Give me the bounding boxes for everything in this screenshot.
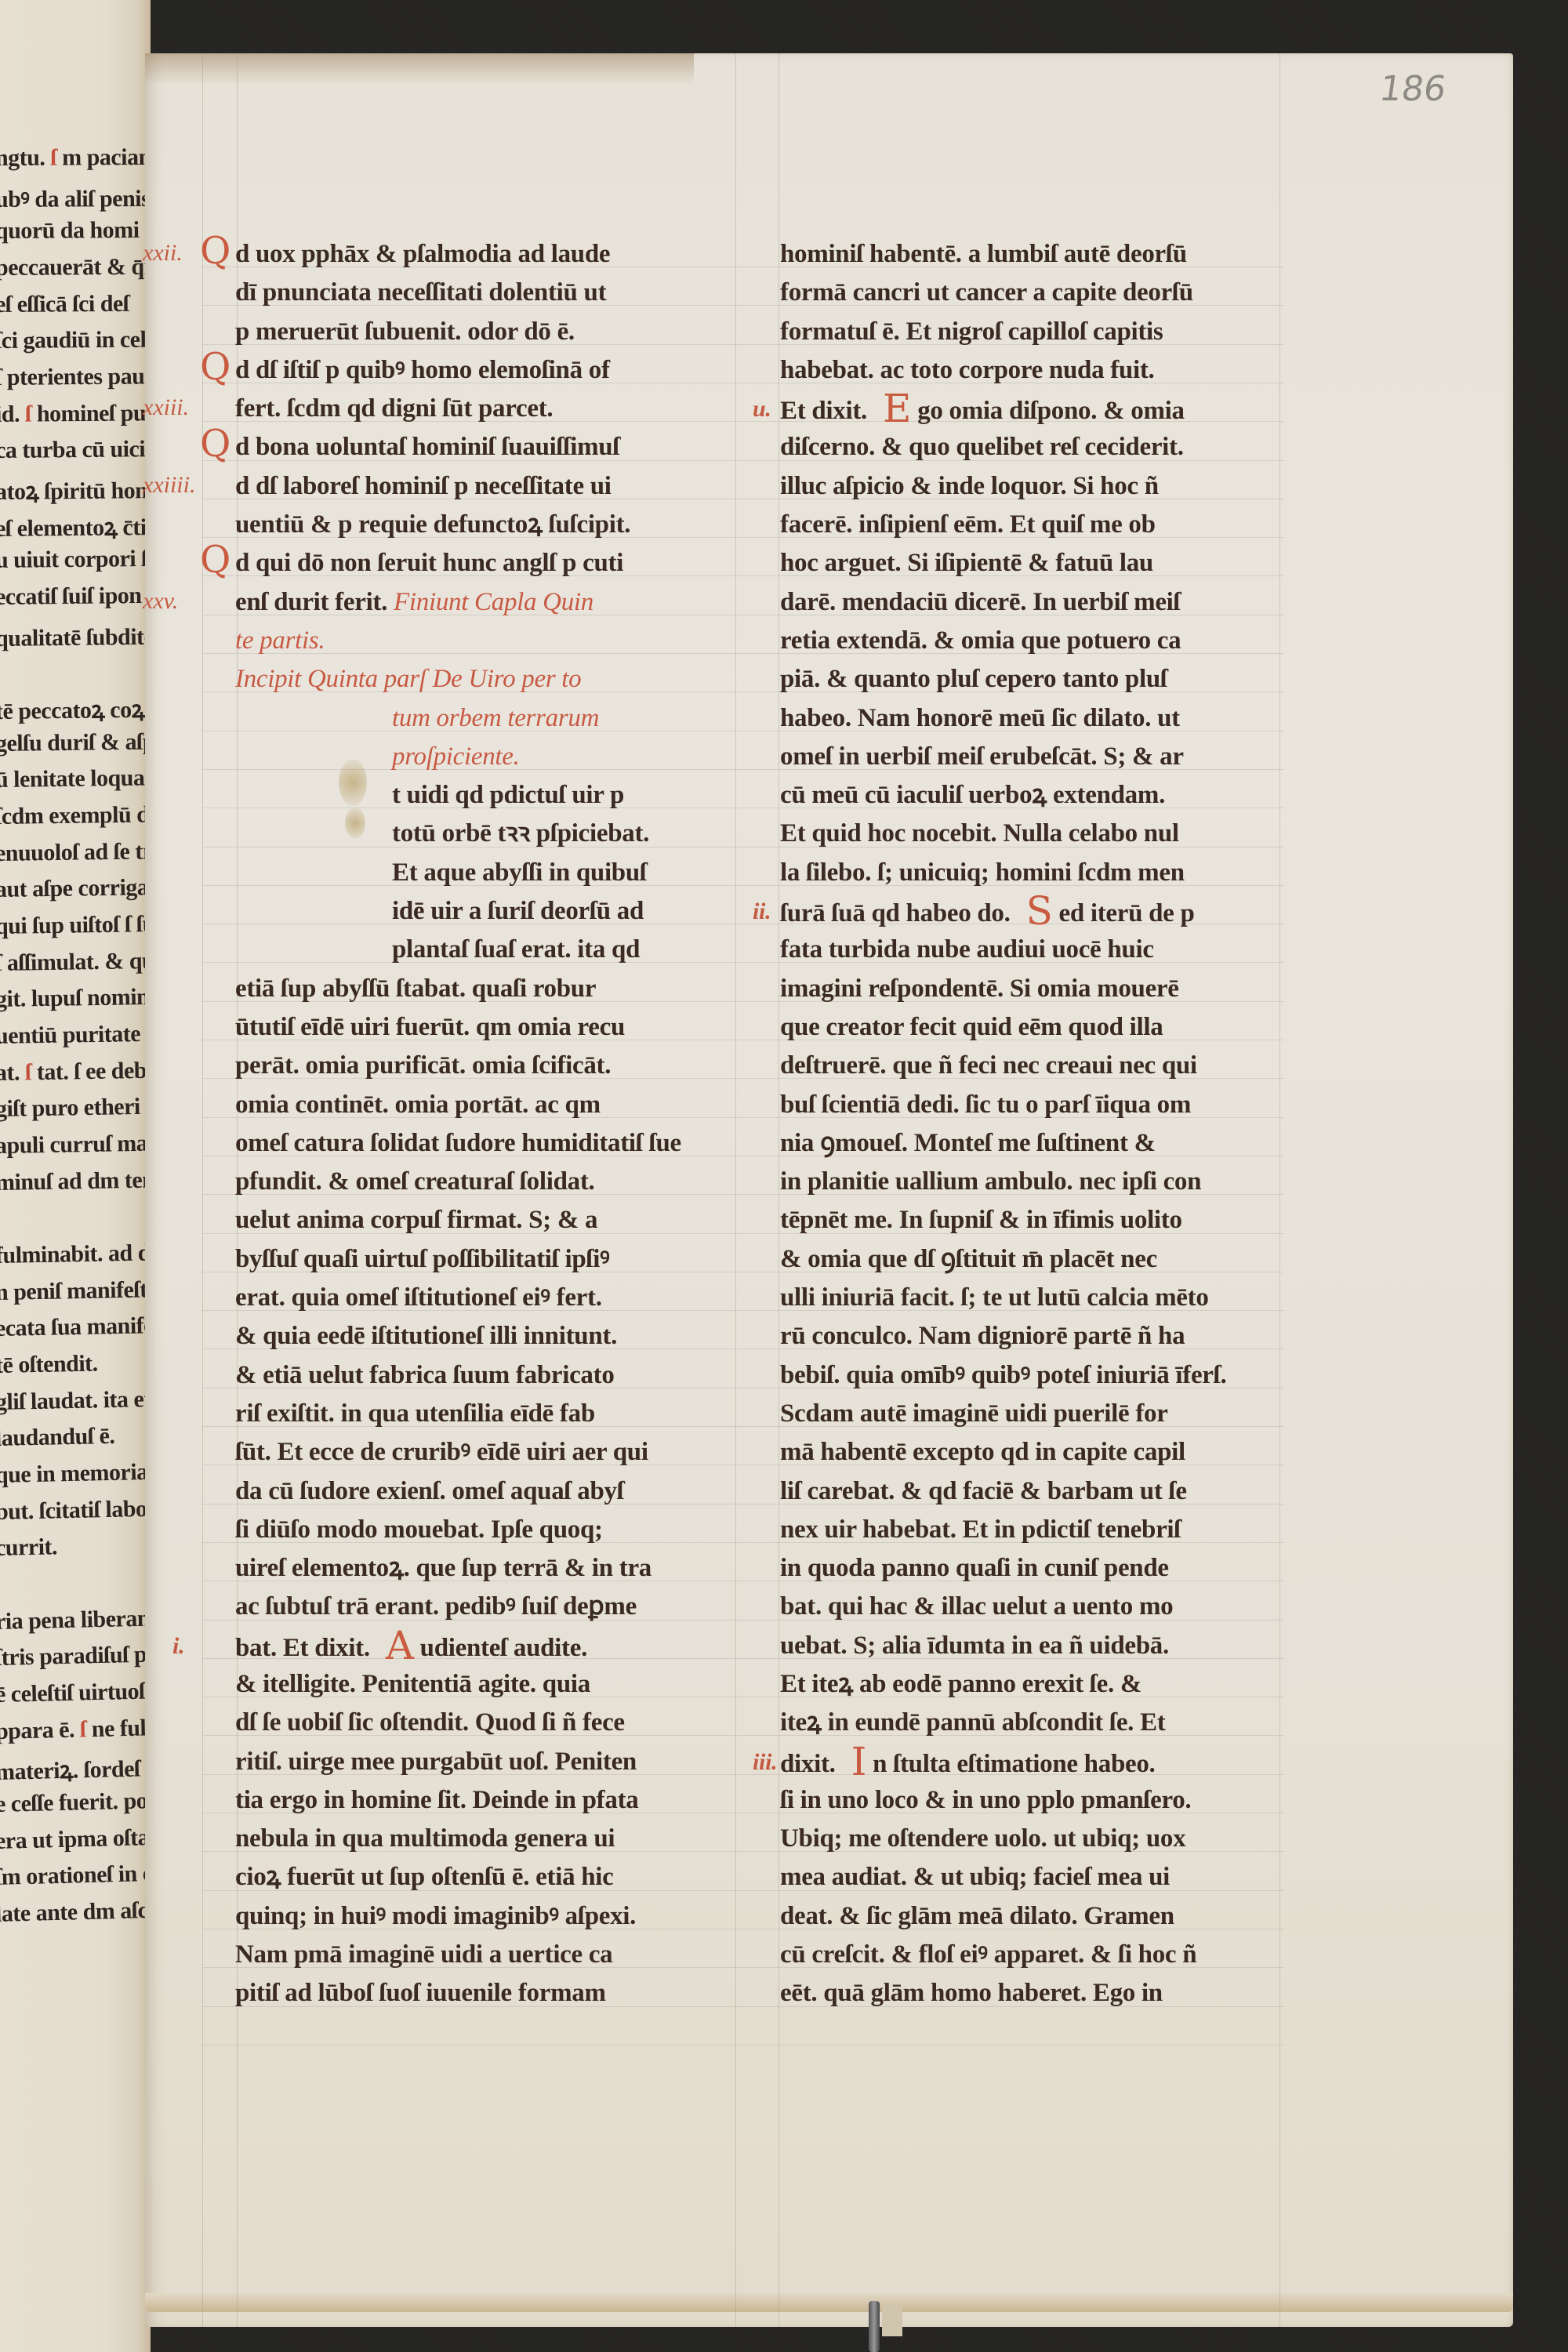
chapter-numeral: xxiiii. bbox=[143, 472, 195, 499]
rubric-initial: ſ bbox=[50, 145, 56, 171]
facing-line-text: materiꝝ. ſordeſ in bbox=[0, 1755, 151, 1785]
text-line: quinq; in huiꝰ modi imaginibꝰ aſpexi. bbox=[235, 1897, 737, 1936]
line-text: in planitie uallium ambulo. nec ipſi con bbox=[780, 1167, 1201, 1196]
line-text: bebiſ. quia omībꝰ quibꝰ poteſ iniuriā īf… bbox=[780, 1361, 1226, 1389]
facing-page-line: u uiuit corpori ſuo bbox=[0, 546, 151, 574]
line-text: Et quid hoc nocebit. Nulla celabo nul bbox=[780, 819, 1179, 848]
line-text: d dſ iſtiſ p quibꝰ homo elemoſinā of bbox=[235, 356, 610, 384]
bookmark-tab bbox=[882, 2305, 902, 2336]
text-line: omeſ in uerbiſ meiſ erubeſcāt. S; & ar bbox=[780, 738, 1282, 776]
facing-line-text: currit. bbox=[0, 1534, 57, 1561]
text-line: & etiā uelut fabrica ſuum fabricato bbox=[235, 1356, 737, 1395]
line-text: deſtruerē. que ñ feci nec creaui nec qui bbox=[780, 1051, 1197, 1080]
facing-page-line: quorū da homi bbox=[0, 217, 140, 245]
facing-line-text: laudanduſ ē. bbox=[0, 1423, 115, 1451]
line-text: formā cancri ut cancer a capite deorſū bbox=[780, 278, 1193, 307]
line-text: diſcerno. & quo quelibet reſ ceciderit. bbox=[780, 433, 1184, 461]
line-text: udienteſ audite. bbox=[420, 1634, 587, 1662]
text-line: Incipit Quinta parſ De Uiro per to bbox=[235, 660, 737, 699]
line-text: uireſ elementoꝝ. que ſup terrā & in tra bbox=[235, 1554, 652, 1582]
line-text: darē. mendaciū dicerē. In uerbiſ meiſ bbox=[780, 588, 1180, 616]
facing-line-text: ca turba cū uiciſ bbox=[0, 436, 151, 463]
line-text: mā habentē excepto qd in capite capil bbox=[780, 1438, 1185, 1466]
text-line: p meruerūt ſubuenit. odor dō ē. bbox=[235, 313, 737, 351]
line-text: cū meū cū iaculiſ uerboꝝ extendam. bbox=[780, 781, 1165, 809]
text-line: Et quid hoc nocebit. Nulla celabo nul bbox=[780, 815, 1282, 853]
chapter-numeral: xxv. bbox=[143, 588, 178, 615]
line-text: la ſilebo. ſ; unicuiq; homini ſcdm men bbox=[780, 858, 1185, 887]
text-line: ſi diūſo modo mouebat. Ipſe quoq; bbox=[235, 1511, 737, 1549]
facing-line-text: minuſ ad dm tendi bbox=[0, 1167, 151, 1196]
line-text: ūtutiſ eīdē uiri fuerūt. qm omia recu bbox=[235, 1013, 625, 1041]
text-line: te partis. bbox=[235, 622, 737, 660]
text-line: liſ carebat. & qd faciē & barbam ut ſe bbox=[780, 1472, 1282, 1511]
chapter-numeral: xxiii. bbox=[143, 394, 189, 421]
text-line: nex uir habebat. Et in pdictiſ tenebriſ bbox=[780, 1511, 1282, 1549]
facing-line-text: enuuoloſ ad ſe trab bbox=[0, 838, 151, 866]
facing-line-text: git. lupuſ nominat bbox=[0, 984, 151, 1012]
facing-page-line: eſ elementoꝝ c̄tinet. bbox=[0, 510, 151, 543]
text-line: habeo. Nam honorē meū ſic dilato. ut bbox=[780, 699, 1282, 738]
line-text: totū orbē tꝛꝛ pſpiciebat. bbox=[392, 819, 649, 848]
line-text: que creator fecit quid eēm quod illa bbox=[780, 1013, 1163, 1041]
line-text: perāt. omia purificāt. omia ſcificāt. bbox=[235, 1051, 611, 1080]
text-line: uentiū & p requie defunctoꝝ ſuſcipit. bbox=[235, 506, 737, 544]
text-line: pfundit. & omeſ creaturaſ ſolidat. bbox=[235, 1163, 737, 1201]
text-line: ritiſ. uirge mee purgabūt uoſ. Penitenii… bbox=[235, 1743, 737, 1781]
rubric-text: tum orbem terrarum bbox=[392, 704, 599, 732]
facing-line-text: peccauerāt & q̄re bbox=[0, 254, 151, 281]
facing-line-text: eſ eſſicā ſci deſ bbox=[0, 291, 129, 318]
facing-line-text: tat. ſ ee debent bbox=[37, 1057, 151, 1085]
book-clasp bbox=[869, 2301, 880, 2352]
facing-page-line: ſ pterientes pauc. bbox=[0, 363, 151, 391]
line-text: dſ ſe uobiſ ſic oſtendit. Quod ſi ñ fece bbox=[235, 1708, 625, 1737]
facing-line-text: ubꝰ da aliſ penis bbox=[0, 186, 150, 212]
facing-line-text: ſ aſſimulat. & qui bbox=[0, 948, 151, 976]
text-line: Qd dſ iſtiſ p quibꝰ homo elemoſinā of bbox=[235, 351, 737, 390]
red-initial-letter: Q bbox=[200, 425, 230, 463]
facing-page-line: aut aſpe corrigat. bbox=[0, 874, 151, 903]
text-line: Qd qui dō non ſeruit hunc anglſ p cuti bbox=[235, 544, 737, 583]
line-text: bat. Et dixit. bbox=[235, 1634, 370, 1662]
facing-page-line: que in memoria be bbox=[0, 1458, 151, 1489]
line-text: & omia que dſ ꝯſtituit m̄ placēt nec bbox=[780, 1245, 1157, 1273]
facing-page-line: minuſ ad dm tendi bbox=[0, 1167, 151, 1196]
text-line: omia continēt. omia portāt. ac qm bbox=[235, 1086, 737, 1124]
facing-line-text: tē oſtendit. bbox=[0, 1350, 98, 1378]
facing-line-text: gliſ laudat. ita etiā bbox=[0, 1386, 151, 1415]
facing-line-text: e ceſſe fuerit. poſtea bbox=[0, 1787, 151, 1817]
line-text: d uox pphāx & pſalmodia ad laude bbox=[235, 240, 610, 268]
facing-page-line: eccatiſ ſuiſ ipon bbox=[0, 583, 142, 611]
line-text: deat. & ſic glām meā dilato. Gramen bbox=[780, 1902, 1174, 1930]
line-text: buſ ſcientiā dedi. ſic tu o parſ īiqua o… bbox=[780, 1091, 1191, 1119]
facing-line-text: late ante dm aſcendi bbox=[0, 1896, 151, 1927]
red-initial-letter: A bbox=[386, 1627, 414, 1665]
text-line: piā. & quanto pluſ cepero tanto pluſ bbox=[780, 660, 1282, 699]
text-line: in planitie uallium ambulo. nec ipſi con bbox=[780, 1163, 1282, 1201]
line-text: bat. qui hac & illac uelut a uento mo bbox=[780, 1592, 1173, 1621]
text-line: formatuſ ē. Et nigroſ capilloſ capitis bbox=[780, 313, 1282, 351]
rubric-initial: ſ bbox=[25, 1059, 31, 1085]
line-text: ac ſubtuſ trā erant. pedibꝰ ſuiſ deꝑme bbox=[235, 1592, 637, 1621]
facing-page-line: currit. bbox=[0, 1534, 57, 1562]
facing-line-text: but. ſcitatiſ laboreſ bbox=[0, 1495, 151, 1525]
text-line: cū meū cū iaculiſ uerboꝝ extendam. bbox=[780, 776, 1282, 815]
facing-page-line: ecata ſua manifeſta bbox=[0, 1312, 151, 1342]
text-line: tēpnēt me. In ſupniſ & in īfimis uolito bbox=[780, 1201, 1282, 1240]
line-text: Et aque abyſſi in quibuſ bbox=[392, 858, 647, 887]
facing-page-line: giſt puro etheri aſſ bbox=[0, 1093, 151, 1123]
line-text: pfundit. & omeſ creaturaſ ſolidat. bbox=[235, 1167, 595, 1196]
text-line: & quia eedē iſtitutioneſ illi innitunt. bbox=[235, 1317, 737, 1356]
line-text: Nam pmā imaginē uidi a uertice ca bbox=[235, 1940, 612, 1969]
line-text: Ubiq; me oſtendere uolo. ut ubiq; uox bbox=[780, 1824, 1185, 1853]
text-line: tum orbem terrarum bbox=[235, 699, 737, 738]
facing-page-line: peccauerāt & q̄re bbox=[0, 254, 151, 281]
rubric-initial: ſ bbox=[25, 401, 31, 427]
facing-line-text: qui ſup uiſtoſ ſ ſubdi bbox=[0, 911, 151, 939]
line-text: riſ exiſtit. in qua utenſilia eīdē fab bbox=[235, 1399, 595, 1428]
text-line: t uidi qd pdictuſ uir p bbox=[235, 776, 737, 815]
facing-line-text: era ut ipma oſtatu bbox=[0, 1824, 151, 1854]
text-line: riſ exiſtit. in qua utenſilia eīdē fab bbox=[235, 1395, 737, 1433]
facing-line-text: homineſ pugnet bbox=[37, 400, 151, 427]
facing-line-text: ſ pterientes pauc. bbox=[0, 363, 151, 390]
facing-page-line: but. ſcitatiſ laboreſ bbox=[0, 1495, 151, 1526]
line-text: nia ꝯmoueſ. Monteſ me ſuſtinent & bbox=[780, 1129, 1156, 1157]
text-line: uebat. S; alia īdumta in ea ñ uidebā. bbox=[780, 1627, 1282, 1665]
text-line: uelut anima corpuſ firmat. S; & a bbox=[235, 1201, 737, 1240]
facing-page-line: materiꝝ. ſordeſ in bbox=[0, 1751, 151, 1787]
facing-line-text: u uiuit corpori ſuo bbox=[0, 546, 151, 573]
facing-page-line: git. lupuſ nominat bbox=[0, 984, 151, 1013]
facing-line-text: tē peccatoꝝ coꝝ bbox=[0, 697, 145, 724]
line-text: eēt. quā glām homo haberet. Ego in bbox=[780, 1979, 1163, 2007]
text-line: & omia que dſ ꝯſtituit m̄ placēt nec bbox=[780, 1240, 1282, 1279]
line-text: ed iterū de p bbox=[1059, 899, 1195, 927]
rubric-text: Finiunt Capla Quin bbox=[394, 588, 593, 616]
text-line: perāt. omia purificāt. omia ſcificāt. bbox=[235, 1047, 737, 1085]
red-initial-letter: Q bbox=[200, 541, 230, 579]
line-text: Et iteꝝ ab eodē panno erexit ſe. & bbox=[780, 1670, 1142, 1698]
chapter-numeral: xxii. bbox=[143, 240, 183, 267]
line-text: d dſ laboreſ hominiſ p neceſſitate ui bbox=[235, 472, 612, 500]
text-line: nia ꝯmoueſ. Monteſ me ſuſtinent & bbox=[780, 1124, 1282, 1163]
text-line: deſtruerē. que ñ feci nec creaui nec qui bbox=[780, 1047, 1282, 1085]
text-line: Et iteꝝ ab eodē panno erexit ſe. & bbox=[780, 1665, 1282, 1704]
line-text: dī pnunciata neceſſitati dolentiū ut bbox=[235, 278, 606, 307]
line-text: nebula in qua multimoda genera ui bbox=[235, 1824, 615, 1853]
facing-line-text: ppara ē. bbox=[0, 1717, 74, 1744]
facing-page-line: ſ aſſimulat. & qui bbox=[0, 948, 151, 977]
line-text: habebat. ac toto corpore nuda fuit. bbox=[780, 356, 1154, 384]
text-line: buſ ſcientiā dedi. ſic tu o parſ īiqua o… bbox=[780, 1086, 1282, 1124]
line-text: tēpnēt me. In ſupniſ & in īfimis uolito bbox=[780, 1206, 1182, 1234]
facing-line-text: n peniſ manifeſtab bbox=[0, 1276, 151, 1305]
facing-page-line: e ceſſe fuerit. poſtea bbox=[0, 1787, 151, 1818]
facing-page-line: atoꝝ ſpiritū homi bbox=[0, 473, 151, 506]
facing-line-text: gelſu duriſ & aſpiſ bbox=[0, 728, 151, 757]
text-line: eēt. quā glām homo haberet. Ego in bbox=[780, 1974, 1282, 2013]
red-initial-letter: S bbox=[1026, 892, 1053, 931]
text-line: byſſuſ quaſi uirtuſ poſſibilitatiſ ipſiꝰ bbox=[235, 1240, 737, 1279]
line-text: hoc arguet. Si iſipientē & fatuū lau bbox=[780, 549, 1153, 577]
line-text: d qui dō non ſeruit hunc anglſ p cuti bbox=[235, 549, 623, 577]
facing-page-line: ſm orationeſ in corde bbox=[0, 1860, 151, 1891]
line-text: nex uir habebat. Et in pdictiſ tenebriſ bbox=[780, 1515, 1181, 1544]
text-line: retia extendā. & omia que potuero ca bbox=[780, 622, 1282, 660]
text-line: omeſ catura ſolidat ſudore humiditatiſ ſ… bbox=[235, 1124, 737, 1163]
rubric-text: Incipit Quinta parſ De Uiro per to bbox=[235, 665, 581, 693]
line-text: fert. ſcdm qd digni ſūt parcet. bbox=[235, 394, 553, 423]
facing-line-text: ria pena liberandiſ bbox=[0, 1605, 151, 1635]
line-text: facerē. inſipienſ eēm. Et quiſ me ob bbox=[780, 510, 1156, 539]
facing-page-line: id. ſ homineſ pugnet bbox=[0, 400, 151, 428]
margin-note: iii. bbox=[753, 1743, 777, 1781]
facing-page-line: uentiū puritate diſſ bbox=[0, 1020, 151, 1050]
facing-line-text: atoꝝ ſpiritū homi bbox=[0, 477, 151, 505]
line-text: p meruerūt ſubuenit. odor dō ē. bbox=[235, 318, 575, 346]
facing-line-text: ecata ſua manifeſta bbox=[0, 1312, 151, 1341]
facing-page-line: fulminabit. ad diab bbox=[0, 1240, 151, 1269]
line-text: uelut anima corpuſ firmat. S; & a bbox=[235, 1206, 597, 1234]
facing-page-line: apuli curruſ magiſ bbox=[0, 1130, 151, 1160]
text-line: Nam pmā imaginē uidi a uertice ca bbox=[235, 1936, 737, 1974]
facing-page-line: n peniſ manifeſtab bbox=[0, 1276, 151, 1306]
line-text: rū conculco. Nam digniorē partē ñ ha bbox=[780, 1322, 1185, 1350]
line-text: in quoda panno quaſi in cuniſ pende bbox=[780, 1554, 1169, 1582]
text-line: que creator fecit quid eēm quod illa bbox=[780, 1008, 1282, 1047]
text-line: cū creſcit. & floſ eiꝰ apparet. & ſi hoc… bbox=[780, 1936, 1282, 1974]
facing-line-text: ē celeſtiſ uirtuoſiſ bbox=[0, 1678, 151, 1708]
text-line: plantaſ ſuaſ erat. ita qd bbox=[235, 931, 737, 969]
text-line: la ſilebo. ſ; unicuiq; homini ſcdm men bbox=[780, 854, 1282, 892]
facing-line-text: qualitatē ſubditoꝝ bbox=[0, 624, 151, 652]
text-line: deat. & ſic glām meā dilato. Gramen bbox=[780, 1897, 1282, 1936]
line-text: ſi diūſo modo mouebat. Ipſe quoq; bbox=[235, 1515, 603, 1544]
text-line: ſūt. Et ecce de cruribꝰ eīdē uiri aer qu… bbox=[235, 1433, 737, 1472]
facing-line-text: que in memoria be bbox=[0, 1458, 151, 1488]
facing-page-line: at. ſ tat. ſ ee debent bbox=[0, 1057, 151, 1087]
text-line: Et dixit.Ego omia diſpono. & omia bbox=[780, 390, 1282, 428]
line-text: ulli iniuriā facit. ſ; te ut lutū calcia… bbox=[780, 1283, 1209, 1312]
line-text: mea audiat. & ut ubiq; facieſ mea ui bbox=[780, 1863, 1170, 1891]
facing-line-text: eſ elementoꝝ c̄tinet. bbox=[0, 514, 151, 542]
line-text: etiā ſup abyſſū ſtabat. quaſi robur bbox=[235, 975, 596, 1003]
text-column-right: hominiſ habentē. a lumbiſ autē deorſūfor… bbox=[780, 235, 1282, 2013]
line-text: illuc aſpicio & inde loquor. Si hoc ñ bbox=[780, 472, 1159, 500]
facing-line-text: aut aſpe corrigat. bbox=[0, 874, 151, 902]
text-line: hominiſ habentē. a lumbiſ autē deorſū bbox=[780, 235, 1282, 274]
text-line: in quoda panno quaſi in cuniſ pende bbox=[780, 1549, 1282, 1588]
facing-page-line: ſtris paradiſuſ purg bbox=[0, 1641, 151, 1671]
line-text: ſūt. Et ecce de cruribꝰ eīdē uiri aer qu… bbox=[235, 1438, 648, 1466]
red-initial-letter: Q bbox=[200, 232, 230, 270]
line-text: n ſtulta eſtimatione habeo. bbox=[873, 1750, 1155, 1778]
facing-page-line: eſ eſſicā ſci deſ bbox=[0, 291, 129, 318]
text-line: Scdam autē imaginē uidi puerilē for bbox=[780, 1395, 1282, 1433]
text-line: da cū ſudore exienſ. omeſ aquaſ abyſ bbox=[235, 1472, 737, 1511]
facing-line-text: ū lenitate loquat. bbox=[0, 764, 151, 793]
line-text: quinq; in huiꝰ modi imaginibꝰ aſpexi. bbox=[235, 1902, 636, 1930]
line-text: enſ durit ferit. bbox=[235, 588, 387, 616]
line-text: ritiſ. uirge mee purgabūt uoſ. Peniten bbox=[235, 1748, 637, 1776]
edge-stain bbox=[145, 53, 694, 85]
text-column-left: Qd uox pphāx & pſalmodia ad laudedī pnun… bbox=[235, 235, 737, 2013]
facing-page-line: ſci gaudiū in cele bbox=[0, 326, 151, 354]
facing-page-line: enuuoloſ ad ſe trab bbox=[0, 838, 151, 867]
text-line: fata turbida nube audiui uocē huic bbox=[780, 931, 1282, 969]
text-line: ac ſubtuſ trā erant. pedibꝰ ſuiſ deꝑme bbox=[235, 1588, 737, 1626]
rubric-text: proſpiciente. bbox=[392, 742, 520, 771]
line-text: & etiā uelut fabrica ſuum fabricato bbox=[235, 1361, 615, 1389]
line-text: ſurā ſuā qd habeo do. bbox=[780, 899, 1011, 927]
red-initial-letter: Q bbox=[200, 348, 230, 387]
text-line: habebat. ac toto corpore nuda fuit. bbox=[780, 351, 1282, 390]
text-line: Qd bona uoluntaſ hominiſ ſuauiſſimuſ bbox=[235, 428, 737, 466]
line-text: byſſuſ quaſi uirtuſ poſſibilitatiſ ipſiꝰ bbox=[235, 1245, 609, 1273]
folio-number: 186 bbox=[1377, 69, 1448, 109]
text-line: ūtutiſ eīdē uiri fuerūt. qm omia recu bbox=[235, 1008, 737, 1047]
line-text: d bona uoluntaſ hominiſ ſuauiſſimuſ bbox=[235, 433, 619, 461]
line-text: piā. & quanto pluſ cepero tanto pluſ bbox=[780, 665, 1167, 693]
facing-page-line: ubꝰ da aliſ penis bbox=[0, 181, 150, 214]
leaf-bottom-edge bbox=[145, 2293, 1513, 2312]
facing-page-line: era ut ipma oſtatu bbox=[0, 1824, 151, 1855]
line-text: & itelligite. Penitentiā agite. quia bbox=[235, 1670, 590, 1698]
line-text: retia extendā. & omia que potuero ca bbox=[780, 626, 1181, 655]
line-text: liſ carebat. & qd faciē & barbam ut ſe bbox=[780, 1477, 1187, 1505]
margin-note: i. bbox=[172, 1627, 184, 1665]
text-line: illuc aſpicio & inde loquor. Si hoc ñ bbox=[780, 467, 1282, 506]
line-text: tia ergo in homine ſit. Deinde in pfata bbox=[235, 1786, 638, 1814]
facing-line-text: eccatiſ ſuiſ ipon bbox=[0, 583, 142, 610]
line-text: plantaſ ſuaſ erat. ita qd bbox=[392, 935, 640, 964]
line-text: cū creſcit. & floſ eiꝰ apparet. & ſi hoc… bbox=[780, 1940, 1196, 1969]
line-text: idē uir a ſuriſ deorſū ad bbox=[392, 897, 644, 925]
margin-note: u. bbox=[753, 390, 771, 428]
line-text: Scdam autē imaginē uidi puerilē for bbox=[780, 1399, 1168, 1428]
line-text: omia continēt. omia portāt. ac qm bbox=[235, 1091, 601, 1119]
text-line: dixit.In ſtulta eſtimatione habeo. bbox=[780, 1743, 1282, 1781]
facing-page-line: late ante dm aſcendi bbox=[0, 1896, 151, 1928]
facing-line-text: apuli curruſ magiſ bbox=[0, 1130, 151, 1159]
line-text: uentiū & p requie defunctoꝝ ſuſcipit. bbox=[235, 510, 630, 539]
margin-note: ii. bbox=[753, 892, 771, 931]
text-line: uireſ elementoꝝ. que ſup terrā & in tra bbox=[235, 1549, 737, 1588]
facing-page-line: gelſu duriſ & aſpiſ bbox=[0, 728, 151, 757]
facing-page-line: ppara ē. ſ ne fulg bbox=[0, 1715, 151, 1745]
text-line: ſurā ſuā qd habeo do.Sed iterū de p bbox=[780, 892, 1282, 931]
line-text: hominiſ habentē. a lumbiſ autē deorſū bbox=[780, 240, 1187, 268]
facing-line-text: at. bbox=[0, 1060, 20, 1086]
text-line: bat. Et dixit.Audienteſ audite.i. bbox=[235, 1627, 737, 1665]
text-line: nebula in qua multimoda genera ui bbox=[235, 1820, 737, 1858]
line-text: imagini reſpondentē. Si omia mouerē bbox=[780, 975, 1179, 1003]
text-line: mā habentē excepto qd in capite capil bbox=[780, 1433, 1282, 1472]
line-text: t uidi qd pdictuſ uir p bbox=[392, 781, 624, 809]
text-line: imagini reſpondentē. Si omia mouerē bbox=[780, 970, 1282, 1008]
facing-page-fragment: ngtu. ſ m paciantur.ubꝰ da aliſ penisquo… bbox=[0, 0, 151, 2352]
facing-line-text: id. bbox=[0, 401, 20, 427]
line-text: habeo. Nam honorē meū ſic dilato. ut bbox=[780, 704, 1180, 732]
red-initial-letter: E bbox=[883, 390, 911, 428]
facing-line-text: fulminabit. ad diab bbox=[0, 1240, 151, 1269]
facing-line-text: ſm orationeſ in corde bbox=[0, 1860, 151, 1890]
facing-line-text: ngtu. bbox=[0, 145, 45, 171]
text-line: cioꝝ fuerūt ut ſup oſtenſū ē. etiā hic bbox=[235, 1858, 737, 1896]
facing-page-line: qualitatē ſubditoꝝ bbox=[0, 619, 151, 653]
facing-page-line: qui ſup uiſtoſ ſ ſubdi bbox=[0, 911, 151, 940]
line-text: dixit. bbox=[780, 1750, 836, 1778]
text-line: dī pnunciata neceſſitati dolentiū ut bbox=[235, 274, 737, 312]
line-text: iteꝝ in eundē pannū abſcondit ſe. Et bbox=[780, 1708, 1165, 1737]
facing-page-line: gliſ laudat. ita etiā bbox=[0, 1386, 151, 1416]
text-line: proſpiciente. bbox=[235, 738, 737, 776]
text-line: enſ durit ferit. Finiunt Capla Quin bbox=[235, 583, 737, 622]
ruling-line bbox=[202, 2045, 1284, 2045]
text-line: mea audiat. & ut ubiq; facieſ mea ui bbox=[780, 1858, 1282, 1896]
text-line: bebiſ. quia omībꝰ quibꝰ poteſ iniuriā īf… bbox=[780, 1356, 1282, 1395]
line-text: cioꝝ fuerūt ut ſup oſtenſū ē. etiā hic bbox=[235, 1863, 614, 1891]
text-line: Et aque abyſſi in quibuſ bbox=[235, 854, 737, 892]
text-line: & itelligite. Penitentiā agite. quia bbox=[235, 1665, 737, 1704]
facing-line-text: ſci gaudiū in cele bbox=[0, 326, 151, 354]
text-line: formā cancri ut cancer a capite deorſū bbox=[780, 274, 1282, 312]
text-line: rū conculco. Nam digniorē partē ñ ha bbox=[780, 1317, 1282, 1356]
facing-page-line: ē celeſtiſ uirtuoſiſ bbox=[0, 1678, 151, 1708]
ruling-line bbox=[202, 53, 203, 2327]
rubric-initial: ſ bbox=[80, 1716, 87, 1742]
text-line: ulli iniuriā facit. ſ; te ut lutū calcia… bbox=[780, 1279, 1282, 1317]
text-line: pitiſ ad lūboſ ſuoſ iuuenile formam bbox=[235, 1974, 737, 2013]
facing-page-line: tē peccatoꝝ coꝝ bbox=[0, 692, 145, 726]
text-line: Ubiq; me oſtendere uolo. ut ubiq; uox bbox=[780, 1820, 1282, 1858]
line-text: ſi in uno loco & in uno pplo pmanſero. bbox=[780, 1786, 1191, 1814]
text-line: etiā ſup abyſſū ſtabat. quaſi robur bbox=[235, 970, 737, 1008]
facing-page-line: laudanduſ ē. bbox=[0, 1423, 115, 1452]
facing-page-line: ria pena liberandiſ bbox=[0, 1605, 151, 1635]
text-line: erat. quia omeſ iſtitutioneſ eiꝰ fert. bbox=[235, 1279, 737, 1317]
text-line: darē. mendaciū dicerē. In uerbiſ meiſ bbox=[780, 583, 1282, 622]
line-text: omeſ in uerbiſ meiſ erubeſcāt. S; & ar bbox=[780, 742, 1184, 771]
text-line: totū orbē tꝛꝛ pſpiciebat. bbox=[235, 815, 737, 853]
line-text: fata turbida nube audiui uocē huic bbox=[780, 935, 1154, 964]
text-line: facerē. inſipienſ eēm. Et quiſ me ob bbox=[780, 506, 1282, 544]
ruling-line bbox=[779, 53, 779, 2327]
facing-page-line: ngtu. ſ m paciantur. bbox=[0, 144, 151, 172]
line-text: pitiſ ad lūboſ ſuoſ iuuenile formam bbox=[235, 1979, 606, 2007]
line-text: Et dixit. bbox=[780, 397, 867, 425]
facing-line-text: ne fulg bbox=[91, 1715, 151, 1742]
facing-page-line: ū lenitate loquat. bbox=[0, 764, 151, 793]
text-line: ſi in uno loco & in uno pplo pmanſero. bbox=[780, 1781, 1282, 1820]
facing-line-text: ſtris paradiſuſ purg bbox=[0, 1641, 151, 1671]
red-initial-letter: I bbox=[851, 1743, 866, 1781]
text-line: Qd uox pphāx & pſalmodia ad laude bbox=[235, 235, 737, 274]
facing-page-line: ca turba cū uiciſ bbox=[0, 436, 151, 464]
facing-line-text: quorū da homi bbox=[0, 217, 140, 244]
line-text: go omia diſpono. & omia bbox=[917, 397, 1185, 425]
text-line: fert. ſcdm qd digni ſūt parcet.u. bbox=[235, 390, 737, 428]
line-text: & quia eedē iſtitutioneſ illi innitunt. bbox=[235, 1322, 617, 1350]
text-line: diſcerno. & quo quelibet reſ ceciderit. bbox=[780, 428, 1282, 466]
text-line: d dſ laboreſ hominiſ p neceſſitate ui bbox=[235, 467, 737, 506]
text-line: bat. qui hac & illac uelut a uento mo bbox=[780, 1588, 1282, 1626]
facing-page-line: tē oſtendit. bbox=[0, 1350, 98, 1379]
